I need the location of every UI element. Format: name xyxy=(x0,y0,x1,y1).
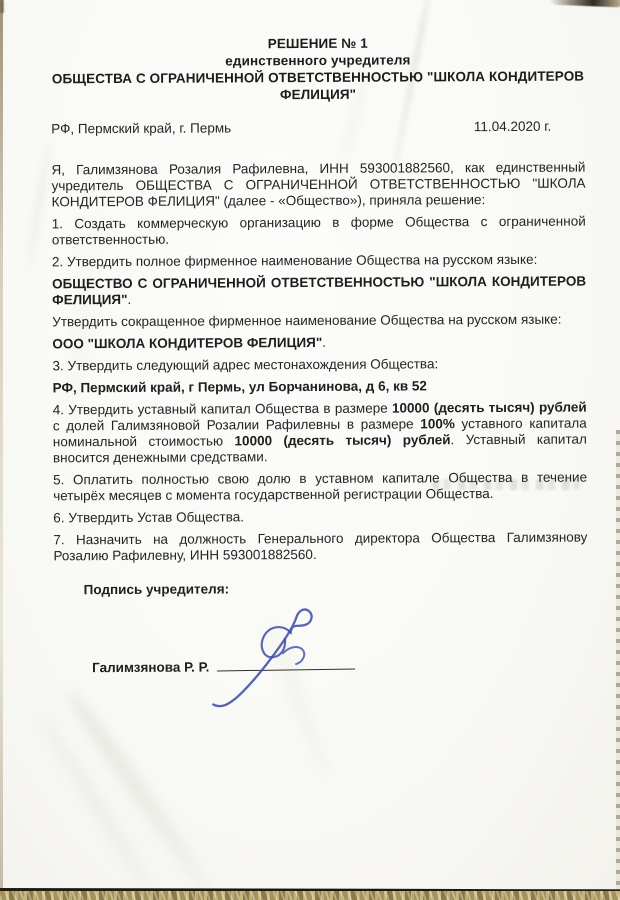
intro-paragraph: Я, Галимзянова Розалия Рафилевна, ИНН 59… xyxy=(51,160,585,211)
full-company-name: ОБЩЕСТВО С ОГРАНИЧЕННОЙ ОТВЕТСТВЕННОСТЬЮ… xyxy=(52,274,586,309)
document-title: РЕШЕНИЕ № 1 единственного учредителя ОБЩ… xyxy=(51,34,585,105)
text-run: . xyxy=(322,335,326,350)
title-line-3: ОБЩЕСТВА С ОГРАНИЧЕННОЙ ОТВЕТСТВЕННОСТЬЮ… xyxy=(51,68,585,105)
signature-scribble xyxy=(200,596,331,722)
company-address: РФ, Пермский край, г Пермь, ул Борчанино… xyxy=(53,378,587,397)
item-2-full-name-intro: 2. Утвердить полное фирменное наименован… xyxy=(52,252,586,271)
signature-caption: Подпись учредителя: xyxy=(84,580,588,599)
text-run: Утвердить сокращенное фирменное наименов… xyxy=(52,312,561,330)
short-name-intro: Утвердить сокращенное фирменное наименов… xyxy=(52,312,586,331)
short-company-name: ООО "ШКОЛА КОНДИТЕРОВ ФЕЛИЦИЯ". xyxy=(52,334,586,353)
item-7-director: 7. Назначить на должность Генерального д… xyxy=(53,530,587,565)
document-content: РЕШЕНИЕ № 1 единственного учредителя ОБЩ… xyxy=(0,0,620,681)
item-3-address-intro: 3. Утвердить следующий адрес местонахожд… xyxy=(52,356,586,375)
crease-mark xyxy=(62,686,219,900)
text-run: 6. Утвердить Устав Общества. xyxy=(53,509,244,525)
text-run: 10000 (десять тысяч) рублей xyxy=(234,432,450,448)
text-run: 3. Утвердить следующий адрес местонахожд… xyxy=(52,356,438,373)
text-run: 4. Утвердить уставный капитал Общества в… xyxy=(53,401,392,418)
text-run: Я, Галимзянова Розалия Рафилевна, ИНН 59… xyxy=(51,160,585,210)
signature-stroke-main xyxy=(213,609,312,706)
text-run: 2. Утвердить полное фирменное наименован… xyxy=(52,252,537,270)
text-run: 1. Создать коммерческую организацию в фо… xyxy=(52,214,586,248)
scanned-document-page: РЕШЕНИЕ № 1 единственного учредителя ОБЩ… xyxy=(0,0,620,891)
desk-surface xyxy=(0,891,620,900)
document-body: Я, Галимзянова Розалия Рафилевна, ИНН 59… xyxy=(51,160,587,565)
paper-left-edge xyxy=(0,0,3,891)
text-run: ОБЩЕСТВО С ОГРАНИЧЕННОЙ ОТВЕТСТВЕННОСТЬЮ… xyxy=(52,274,586,308)
text-run: 10000 (десять тысяч) рублей xyxy=(392,400,587,416)
text-run: РФ, Пермский край, г Пермь, ул Борчанино… xyxy=(53,378,427,395)
text-run: 5. Оплатить полностью свою долю в уставн… xyxy=(53,470,587,504)
signature-stroke-hook xyxy=(283,647,304,664)
item-6-charter: 6. Утвердить Устав Общества. xyxy=(53,508,587,527)
item-1-create-company: 1. Создать коммерческую организацию в фо… xyxy=(52,214,586,249)
signature-row: Галимзянова Р. Р. xyxy=(92,656,588,681)
date-text: 11.04.2020 г. xyxy=(474,119,551,134)
text-run: . xyxy=(127,292,131,307)
place-and-date-row: РФ, Пермский край, г. Пермь 11.04.2020 г… xyxy=(51,119,585,137)
text-run: ООО "ШКОЛА КОНДИТЕРОВ ФЕЛИЦИЯ" xyxy=(52,335,322,351)
item-4-charter-capital: 4. Утвердить уставный капитал Общества в… xyxy=(53,400,587,467)
item-5-payment: 5. Оплатить полностью свою долю в уставн… xyxy=(53,470,587,505)
text-run: с долей Галимзяновой Розалии Рафилевны в… xyxy=(53,416,421,433)
founder-name: Галимзянова Р. Р. xyxy=(92,660,209,676)
crease-mark xyxy=(37,713,157,896)
text-run: 100% xyxy=(420,416,455,431)
text-run: 7. Назначить на должность Генерального д… xyxy=(53,530,587,564)
place-text: РФ, Пермский край, г. Пермь xyxy=(51,120,231,136)
paper-right-edge xyxy=(616,430,620,891)
